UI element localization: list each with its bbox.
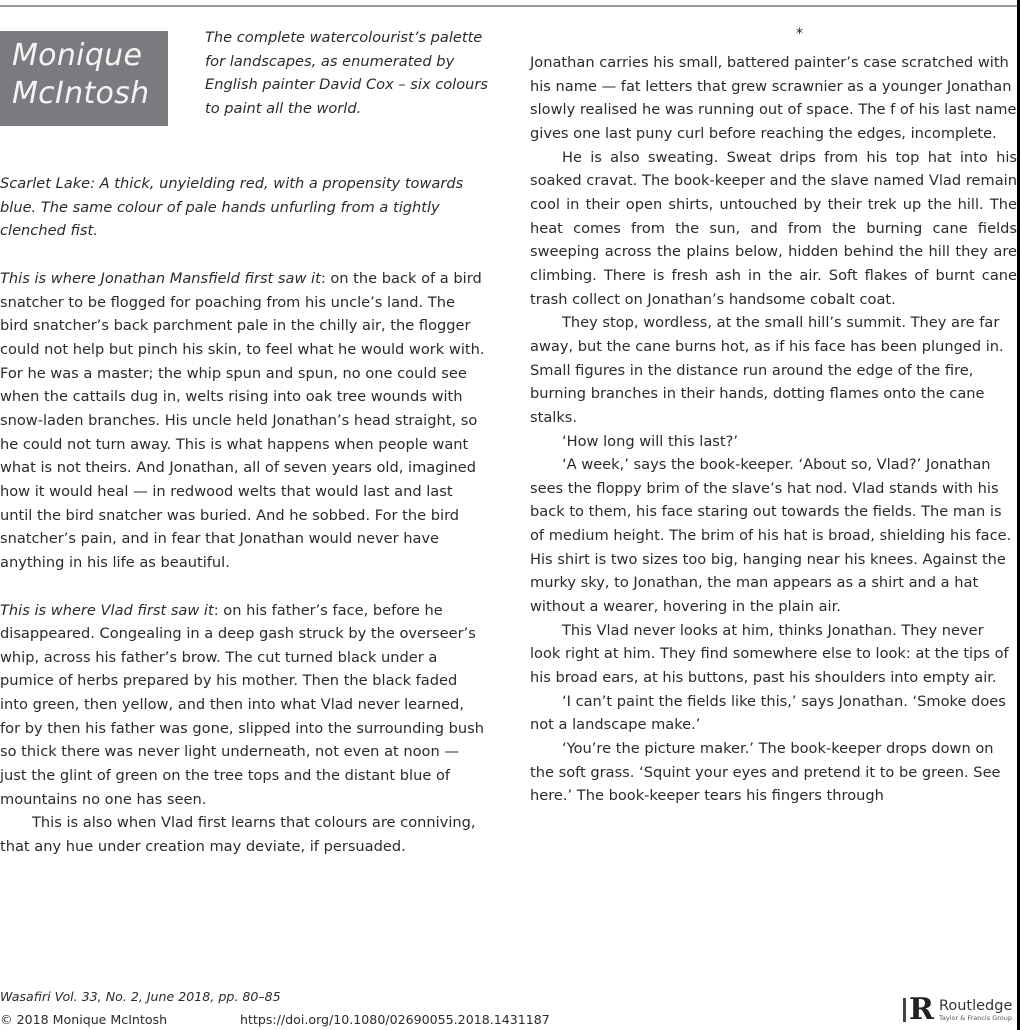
paragraph-colours-conniving: This is also when Vlad first learns that… [0, 811, 486, 858]
author-name-box: Monique McIntosh [0, 31, 168, 126]
epigraph: The complete watercolourist’s palette fo… [205, 26, 495, 120]
paragraph-vlad-first-saw: This is where Vlad first saw it: on his … [0, 599, 486, 812]
author-first-name: Monique [12, 37, 168, 75]
paragraph: This Vlad never looks at him, thinks Jon… [530, 619, 1017, 690]
dialogue-line: ‘I can’t paint the fields like this,’ sa… [530, 690, 1017, 737]
publisher-name: Routledge [939, 999, 1012, 1014]
paragraph: ‘A week,’ says the book-keeper. ‘About s… [530, 453, 1017, 619]
paragraph-lead-italic: This is where Jonathan Mansfield first s… [0, 270, 321, 287]
doi-link[interactable]: https://doi.org/10.1080/02690055.2018.14… [240, 1012, 550, 1027]
section-break-asterisk: * [796, 26, 803, 42]
left-column: Scarlet Lake: A thick, unyielding red, w… [0, 172, 486, 859]
scarlet-lake-entry: Scarlet Lake: A thick, unyielding red, w… [0, 172, 486, 243]
paragraph-jonathan-first-saw: This is where Jonathan Mansfield first s… [0, 267, 486, 575]
dialogue-line: ‘How long will this last?’ [530, 430, 1017, 454]
right-column: Jonathan carries his small, battered pai… [530, 51, 1017, 808]
paragraph-body: : on his father’s face, before he disapp… [0, 602, 484, 808]
publisher-group: Taylor & Francis Group [939, 1015, 1012, 1022]
paragraph: ‘You’re the picture maker.’ The book-kee… [530, 737, 1017, 808]
paragraph-body: : on the back of a bird snatcher to be f… [0, 270, 484, 571]
top-rule [0, 5, 1018, 7]
paragraph: He is also sweating. Sweat drips from hi… [530, 146, 1017, 312]
routledge-r-icon: R [903, 995, 934, 1025]
copyright-notice: © 2018 Monique McIntosh [0, 1008, 236, 1030]
paragraph: They stop, wordless, at the small hill’s… [530, 311, 1017, 429]
journal-citation: Wasafiri Vol. 33, No. 2, June 2018, pp. … [0, 985, 550, 1008]
publisher-logo: R Routledge Taylor & Francis Group [903, 995, 1012, 1025]
paragraph: Jonathan carries his small, battered pai… [530, 51, 1017, 146]
paragraph-lead-italic: This is where Vlad first saw it [0, 602, 214, 619]
page-footer: Wasafiri Vol. 33, No. 2, June 2018, pp. … [0, 985, 550, 1030]
author-last-name: McIntosh [12, 75, 168, 113]
